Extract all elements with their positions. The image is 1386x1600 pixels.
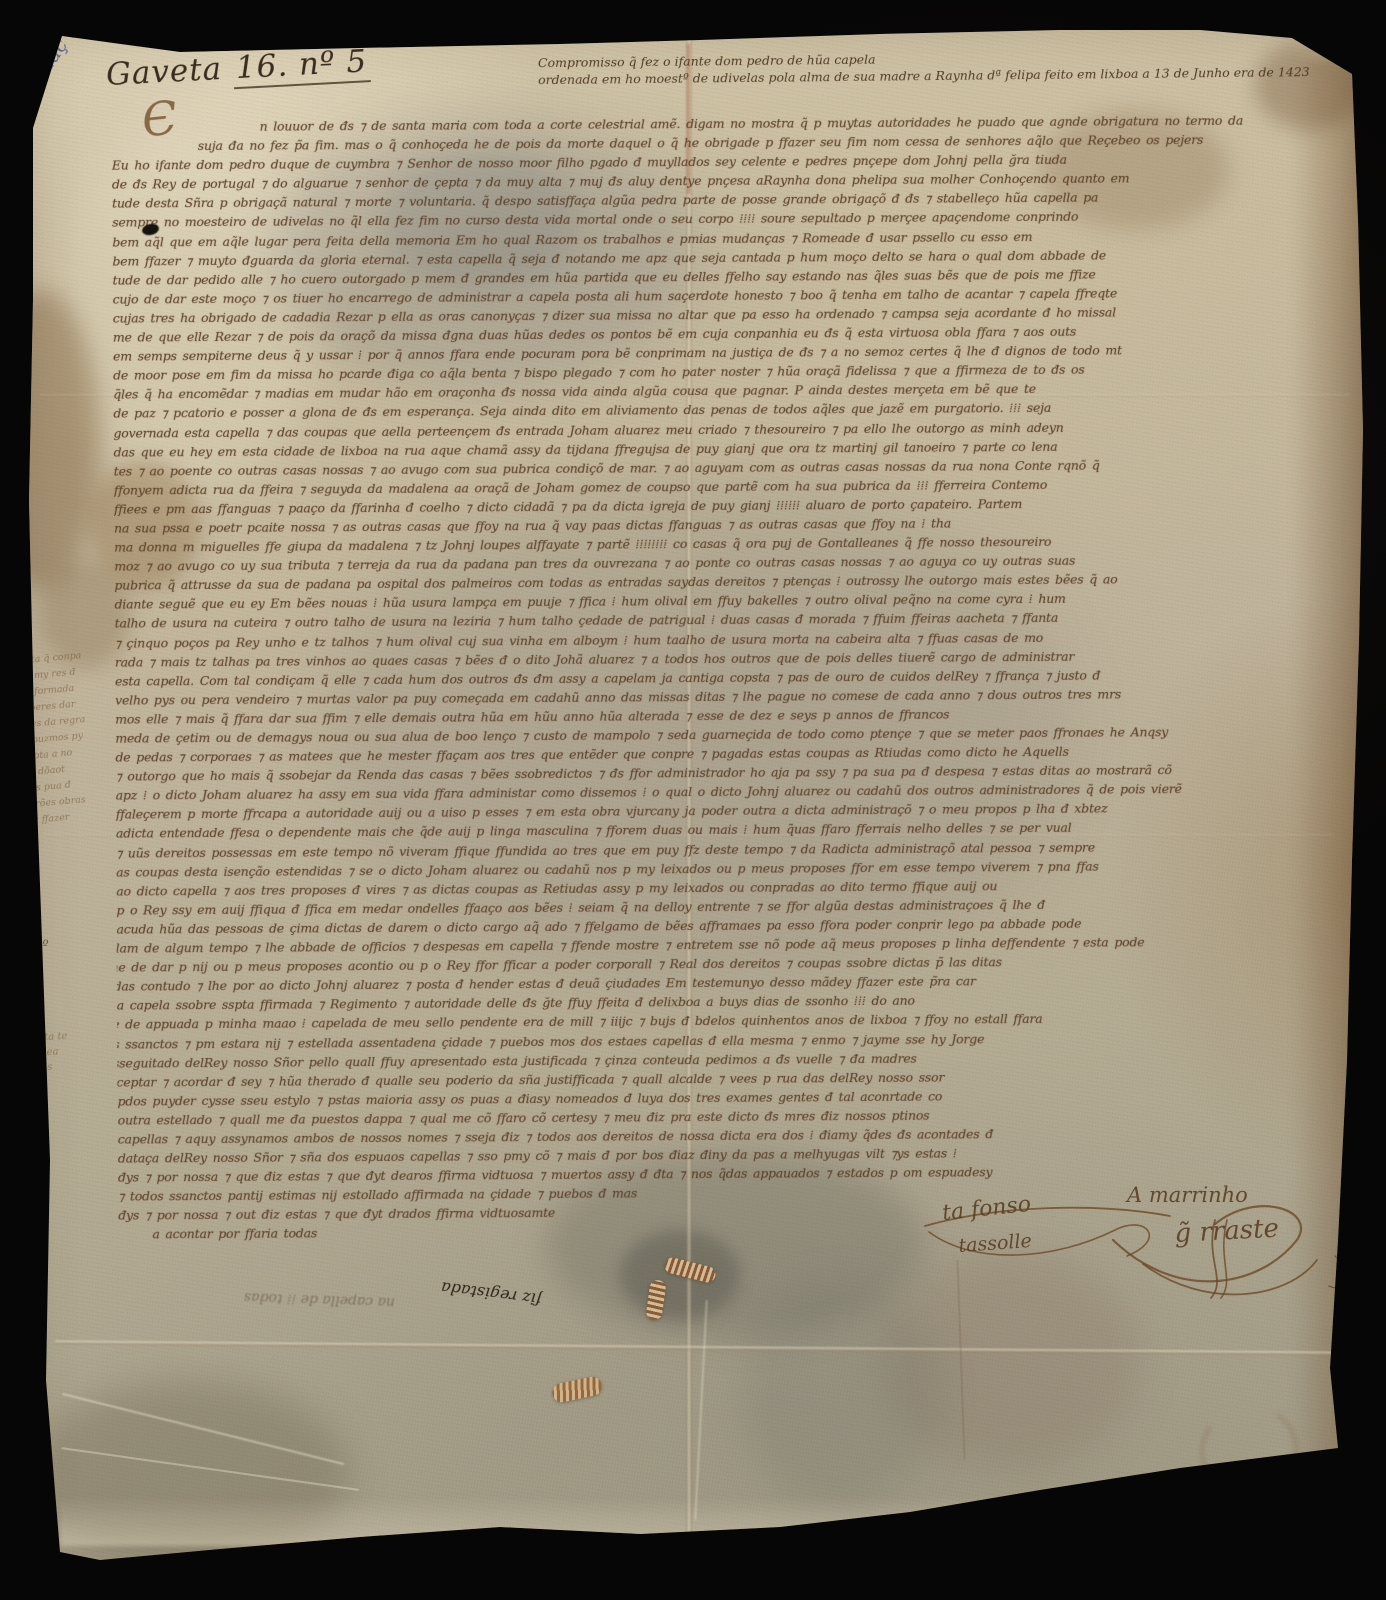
margin-note-line: q̃s sses xyxy=(14,236,31,270)
photograph-of-parchment: Gaveta 16. nº 5 Maç 1 Compromisso q̃ fez… xyxy=(0,0,1386,1600)
edge-vignette xyxy=(0,0,1386,1600)
parchment-sheet: Gaveta 16. nº 5 Maç 1 Compromisso q̃ fez… xyxy=(0,0,1386,1600)
left-edge-scribble: q̃s sses xyxy=(14,236,31,270)
